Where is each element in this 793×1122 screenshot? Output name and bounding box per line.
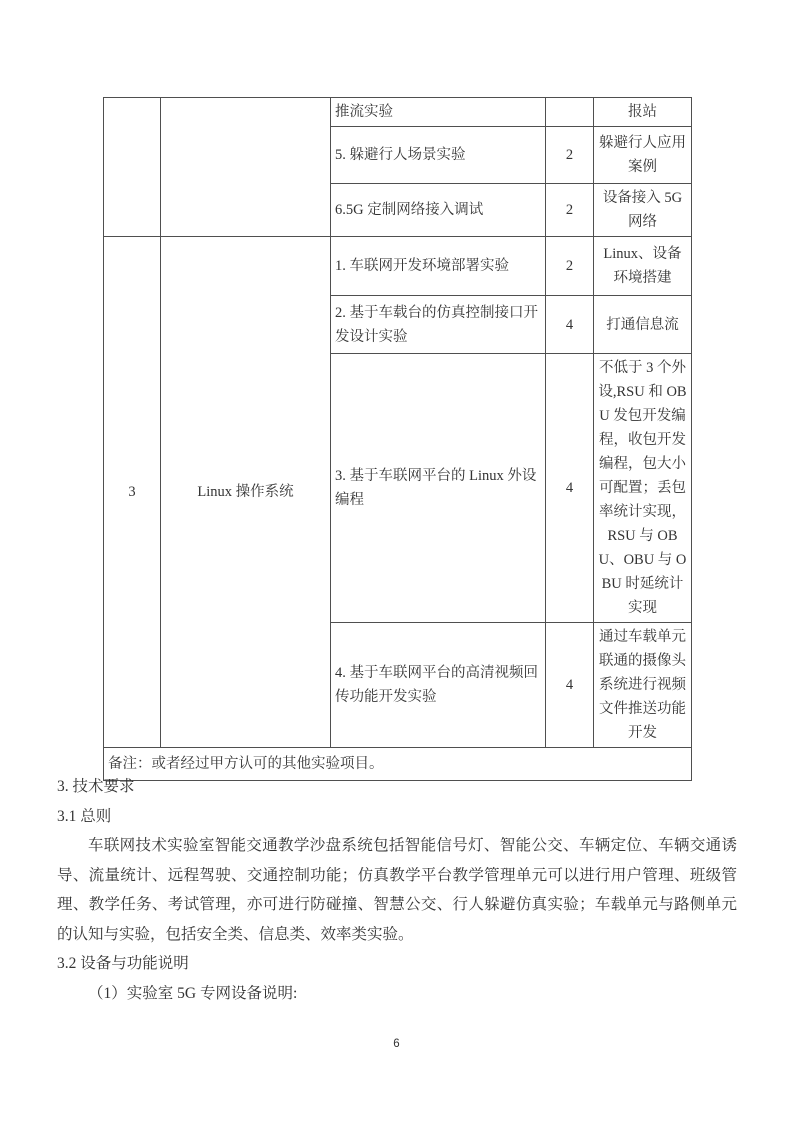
paragraph-3-1: 车联网技术实验室智能交通教学沙盘系统包括智能信号灯、智能公交、车辆定位、车辆交通…	[57, 831, 737, 949]
experiment-cell: 6.5G 定制网络接入调试	[331, 184, 546, 237]
experiment-cell: 1. 车联网开发环境部署实验	[331, 237, 546, 296]
table-row-pushflow: 推流实验 报站	[104, 98, 692, 127]
list-item-3-2-1: （1）实验室 5G 专网设备说明:	[57, 979, 737, 1009]
section-category-cell: Linux 操作系统	[161, 237, 331, 748]
experiment-cell: 推流实验	[331, 98, 546, 127]
hours-cell	[546, 98, 594, 127]
document-page: 推流实验 报站 5. 躲避行人场景实验 2 躲避行人应用案例 6.5G 定制网络…	[0, 0, 793, 1122]
hours-cell: 4	[546, 296, 594, 354]
outcome-cell: 通过车载单元联通的摄像头系统进行视频文件推送功能开发	[594, 623, 692, 748]
section-heading-3-2: 3.2 设备与功能说明	[57, 949, 737, 979]
section-heading-3: 3. 技术要求	[57, 772, 737, 802]
experiments-table: 推流实验 报站 5. 躲避行人场景实验 2 躲避行人应用案例 6.5G 定制网络…	[103, 97, 692, 781]
hours-cell: 2	[546, 184, 594, 237]
experiment-cell: 3. 基于车联网平台的 Linux 外设编程	[331, 354, 546, 623]
continued-index-cell	[104, 98, 161, 237]
page-number: 6	[0, 1038, 793, 1050]
experiment-cell: 2. 基于车载台的仿真控制接口开发设计实验	[331, 296, 546, 354]
continued-category-cell	[161, 98, 331, 237]
section-heading-3-1: 3.1 总则	[57, 802, 737, 832]
body-text: 3. 技术要求 3.1 总则 车联网技术实验室智能交通教学沙盘系统包括智能信号灯…	[57, 772, 737, 1008]
hours-cell: 2	[546, 237, 594, 296]
outcome-cell: 设备接入 5G 网络	[594, 184, 692, 237]
outcome-cell: 报站	[594, 98, 692, 127]
outcome-cell: 躲避行人应用案例	[594, 127, 692, 184]
hours-cell: 4	[546, 354, 594, 623]
experiment-cell: 4. 基于车联网平台的高清视频回传功能开发实验	[331, 623, 546, 748]
experiment-cell: 5. 躲避行人场景实验	[331, 127, 546, 184]
outcome-cell: 不低于 3 个外设,RSU 和 OBU 发包开发编程，收包开发编程，包大小可配置…	[594, 354, 692, 623]
outcome-cell: Linux、设备环境搭建	[594, 237, 692, 296]
section-index-cell: 3	[104, 237, 161, 748]
hours-cell: 2	[546, 127, 594, 184]
table-row-env-deploy: 3 Linux 操作系统 1. 车联网开发环境部署实验 2 Linux、设备环境…	[104, 237, 692, 296]
outcome-cell: 打通信息流	[594, 296, 692, 354]
hours-cell: 4	[546, 623, 594, 748]
